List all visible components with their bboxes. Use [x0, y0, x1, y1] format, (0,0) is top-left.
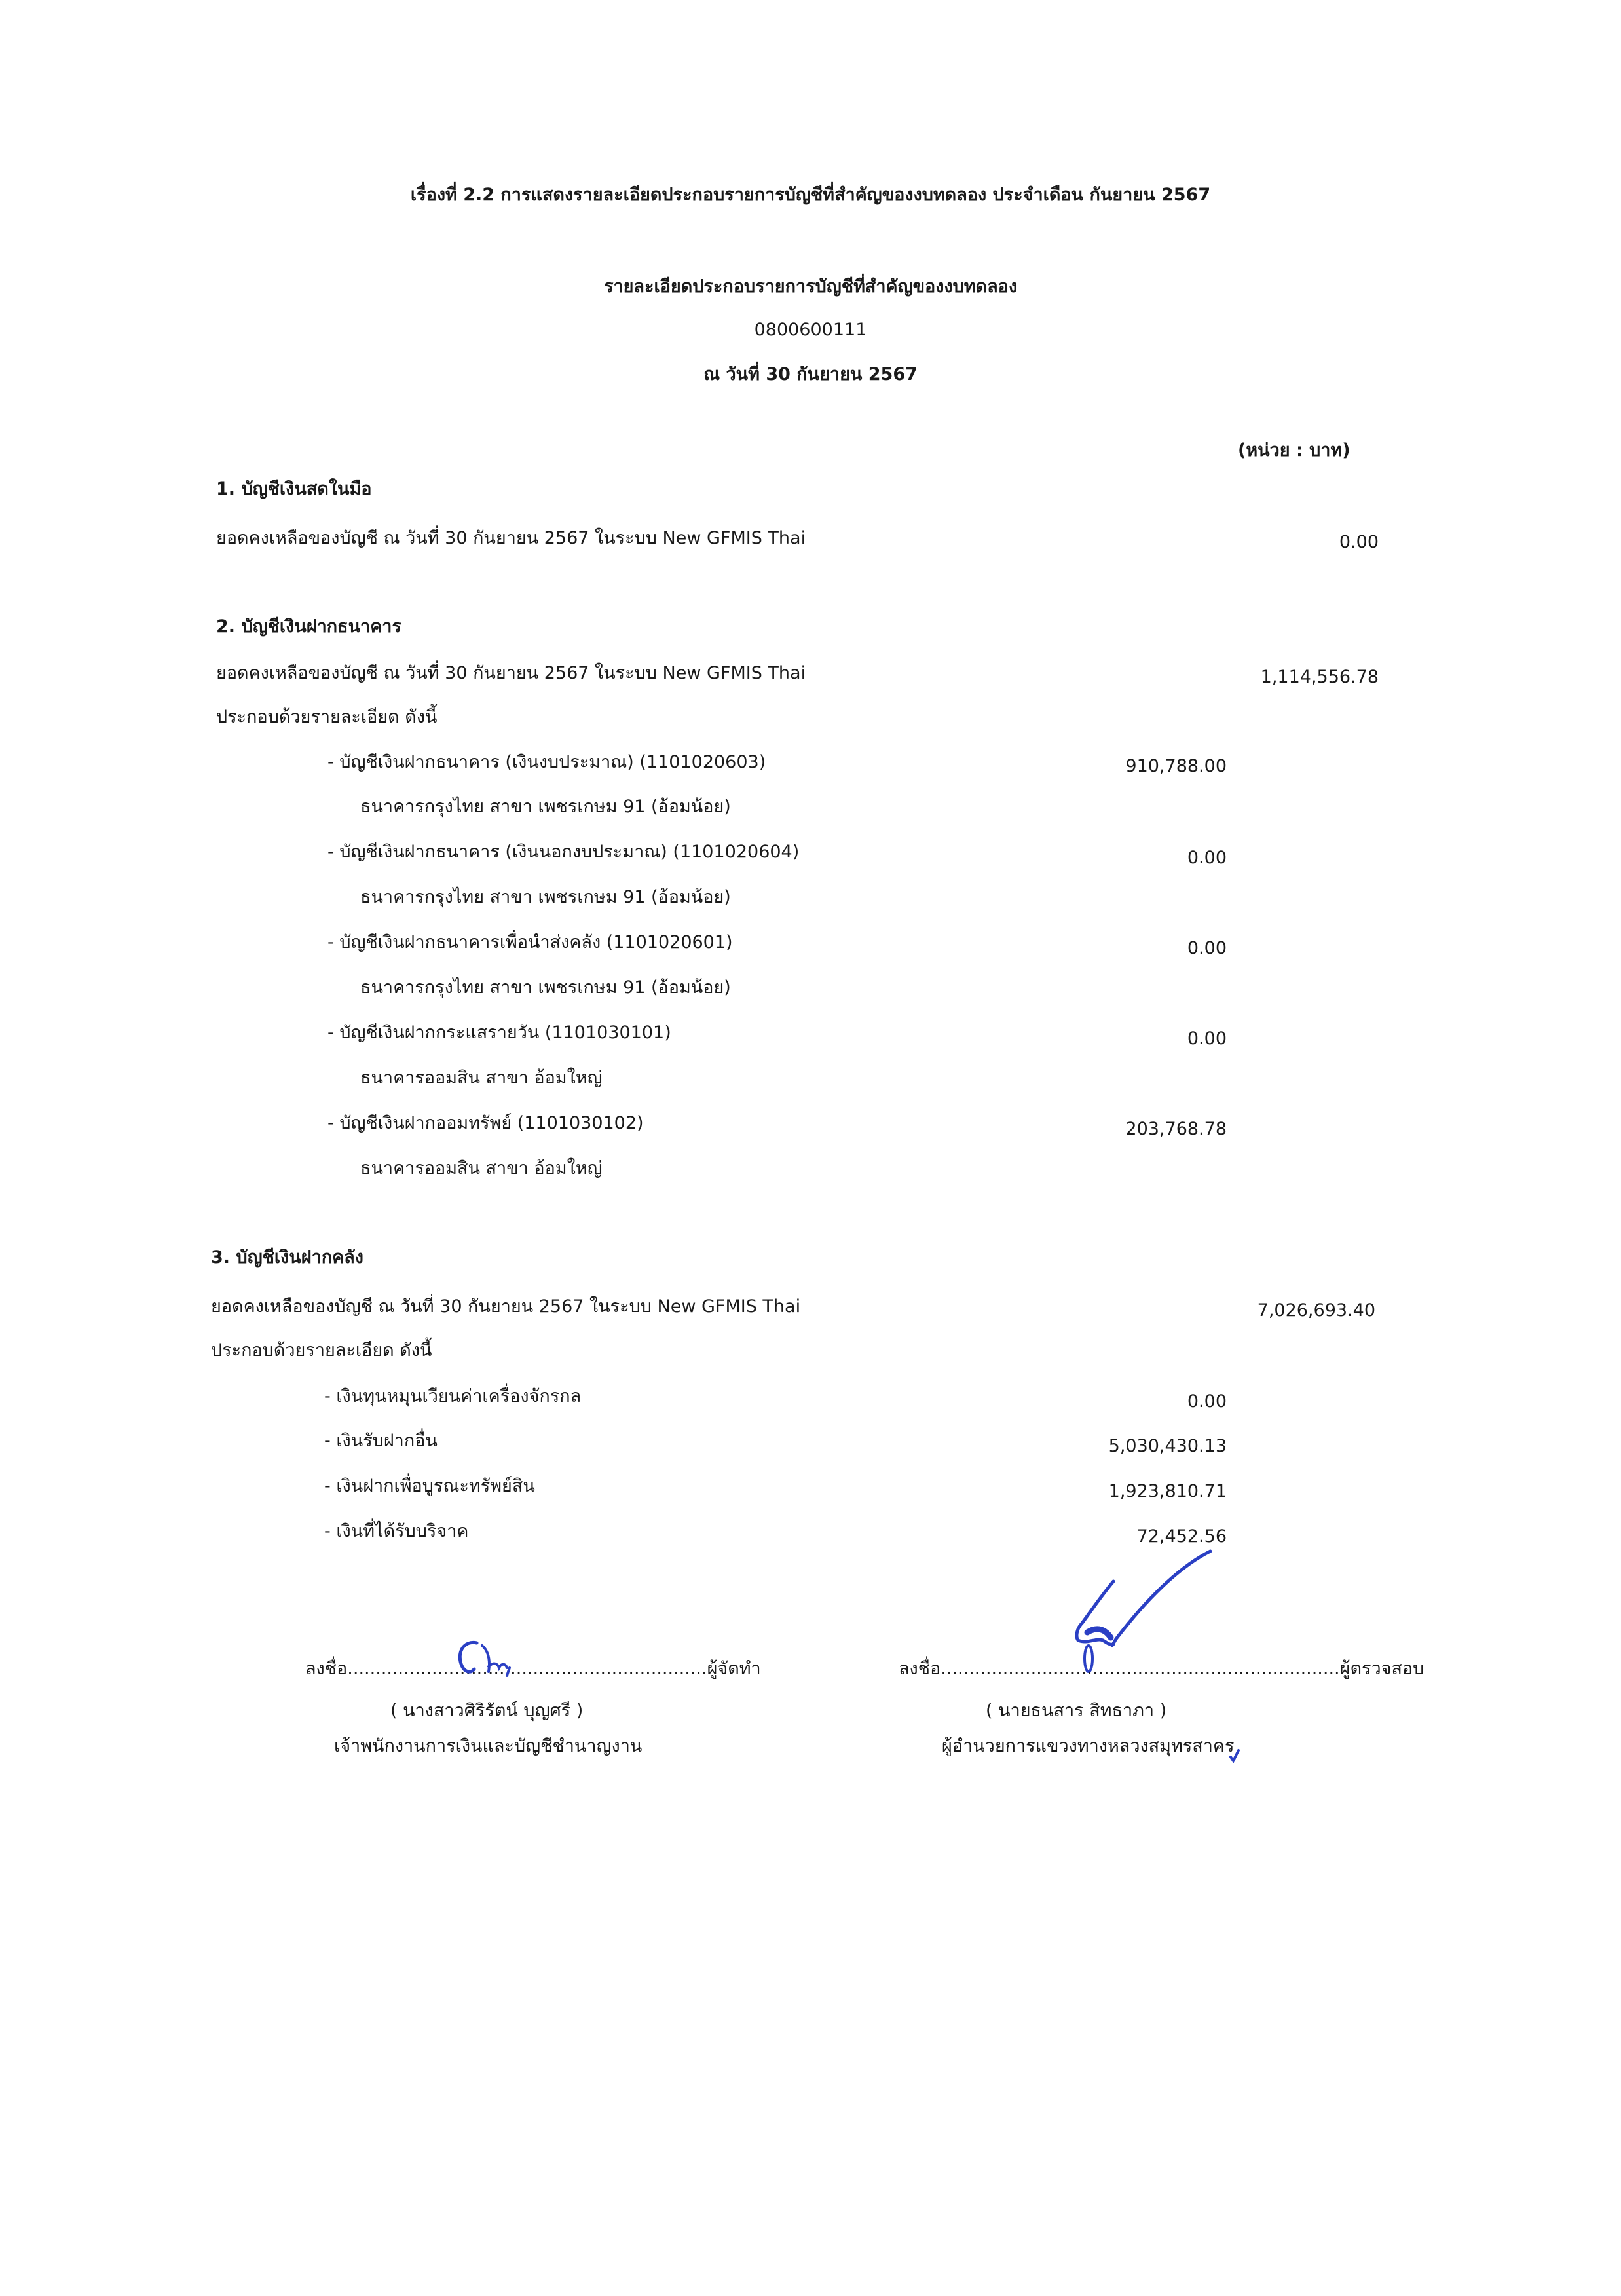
role-suffix: ผู้จัดทำ: [707, 1659, 761, 1679]
bank-branch: ธนาคารกรุงไทย สาขา เพชรเกษม 91 (อ้อมน้อย…: [360, 794, 731, 820]
list-item-label: - เงินที่ได้รับบริจาค: [324, 1518, 468, 1545]
bank-branch: ธนาคารกรุงไทย สาขา เพชรเกษม 91 (อ้อมน้อย…: [360, 884, 731, 911]
handwritten-tick-icon: [1228, 1748, 1241, 1765]
sign-dots: ........................................…: [941, 1659, 1339, 1679]
account-value: 0.00: [965, 845, 1227, 871]
bank-branch: ธนาคารออมสิน สาขา อ้อมใหญ่: [360, 1156, 603, 1182]
account-label: - บัญชีเงินฝากกระแสรายวัน (1101030101): [327, 1020, 671, 1046]
unit-label: (หน่วย : บาท): [1238, 438, 1351, 464]
balance-label: ยอดคงเหลือของบัญชี ณ วันที่ 30 กันยายน 2…: [211, 1294, 800, 1320]
list-item-label: - เงินฝากเพื่อบูรณะทรัพย์สิน: [324, 1473, 535, 1499]
account-label: - บัญชีเงินฝากธนาคาร (เงินงบประมาณ) (110…: [327, 749, 766, 776]
detail-intro: ประกอบด้วยรายละเอียด ดังนี้: [211, 1338, 432, 1364]
account-label: - บัญชีเงินฝากธนาคารเพื่อนำส่งคลัง (1101…: [327, 930, 733, 956]
role-suffix: ผู้ตรวจสอบ: [1340, 1659, 1425, 1679]
unit-code: 0800600111: [0, 317, 1621, 343]
account-value: 0.00: [965, 935, 1227, 962]
list-item-value: 5,030,430.13: [965, 1433, 1227, 1459]
signer-name: ( นางสาวศิริรัตน์ บุญศรี ): [390, 1698, 583, 1724]
balance-value: 0.00: [1117, 529, 1379, 555]
signer-position: ผู้อำนวยการแขวงทางหลวงสมุทรสาคร: [942, 1733, 1234, 1760]
document-subject-title: เรื่องที่ 2.2 การแสดงรายละเอียดประกอบราย…: [0, 182, 1621, 208]
list-item-label: - เงินทุนหมุนเวียนค่าเครื่องจักรกล: [324, 1383, 581, 1410]
balance-label: ยอดคงเหลือของบัญชี ณ วันที่ 30 กันยายน 2…: [216, 660, 806, 687]
sign-prefix: ลงชื่อ: [305, 1659, 347, 1679]
balance-value: 7,026,693.40: [1113, 1298, 1375, 1324]
list-item-value: 72,452.56: [965, 1524, 1227, 1550]
list-item-value: 0.00: [965, 1389, 1227, 1415]
account-value: 203,768.78: [965, 1116, 1227, 1142]
list-item-label: - เงินรับฝากอื่น: [324, 1428, 438, 1454]
as-of-date: ณ วันที่ 30 กันยายน 2567: [0, 362, 1621, 388]
detail-intro: ประกอบด้วยรายละเอียด ดังนี้: [216, 704, 437, 730]
document-heading: รายละเอียดประกอบรายการบัญชีที่สำคัญของงบ…: [0, 274, 1621, 300]
signature-line: ลงชื่อ..................................…: [899, 1656, 1424, 1682]
sign-prefix: ลงชื่อ: [899, 1659, 941, 1679]
list-item-value: 1,923,810.71: [965, 1478, 1227, 1505]
section-title: 2. บัญชีเงินฝากธนาคาร: [216, 614, 401, 640]
section-title: 3. บัญชีเงินฝากคลัง: [211, 1245, 363, 1271]
signer-name: ( นายธนสาร สิทธาภา ): [986, 1698, 1166, 1724]
account-label: - บัญชีเงินฝากธนาคาร (เงินนอกงบประมาณ) (…: [327, 839, 799, 865]
balance-label: ยอดคงเหลือของบัญชี ณ วันที่ 30 กันยายน 2…: [216, 525, 806, 552]
balance-value: 1,114,556.78: [1117, 664, 1379, 690]
account-value: 0.00: [965, 1026, 1227, 1052]
account-label: - บัญชีเงินฝากออมทรัพย์ (1101030102): [327, 1110, 644, 1137]
section-title: 1. บัญชีเงินสดในมือ: [216, 476, 371, 502]
handwritten-signature-icon: [452, 1638, 550, 1690]
bank-branch: ธนาคารกรุงไทย สาขา เพชรเกษม 91 (อ้อมน้อย…: [360, 975, 731, 1001]
bank-branch: ธนาคารออมสิน สาขา อ้อมใหญ่: [360, 1065, 603, 1091]
signer-position: เจ้าพนักงานการเงินและบัญชีชำนาญงาน: [334, 1733, 642, 1760]
account-value: 910,788.00: [965, 753, 1227, 780]
